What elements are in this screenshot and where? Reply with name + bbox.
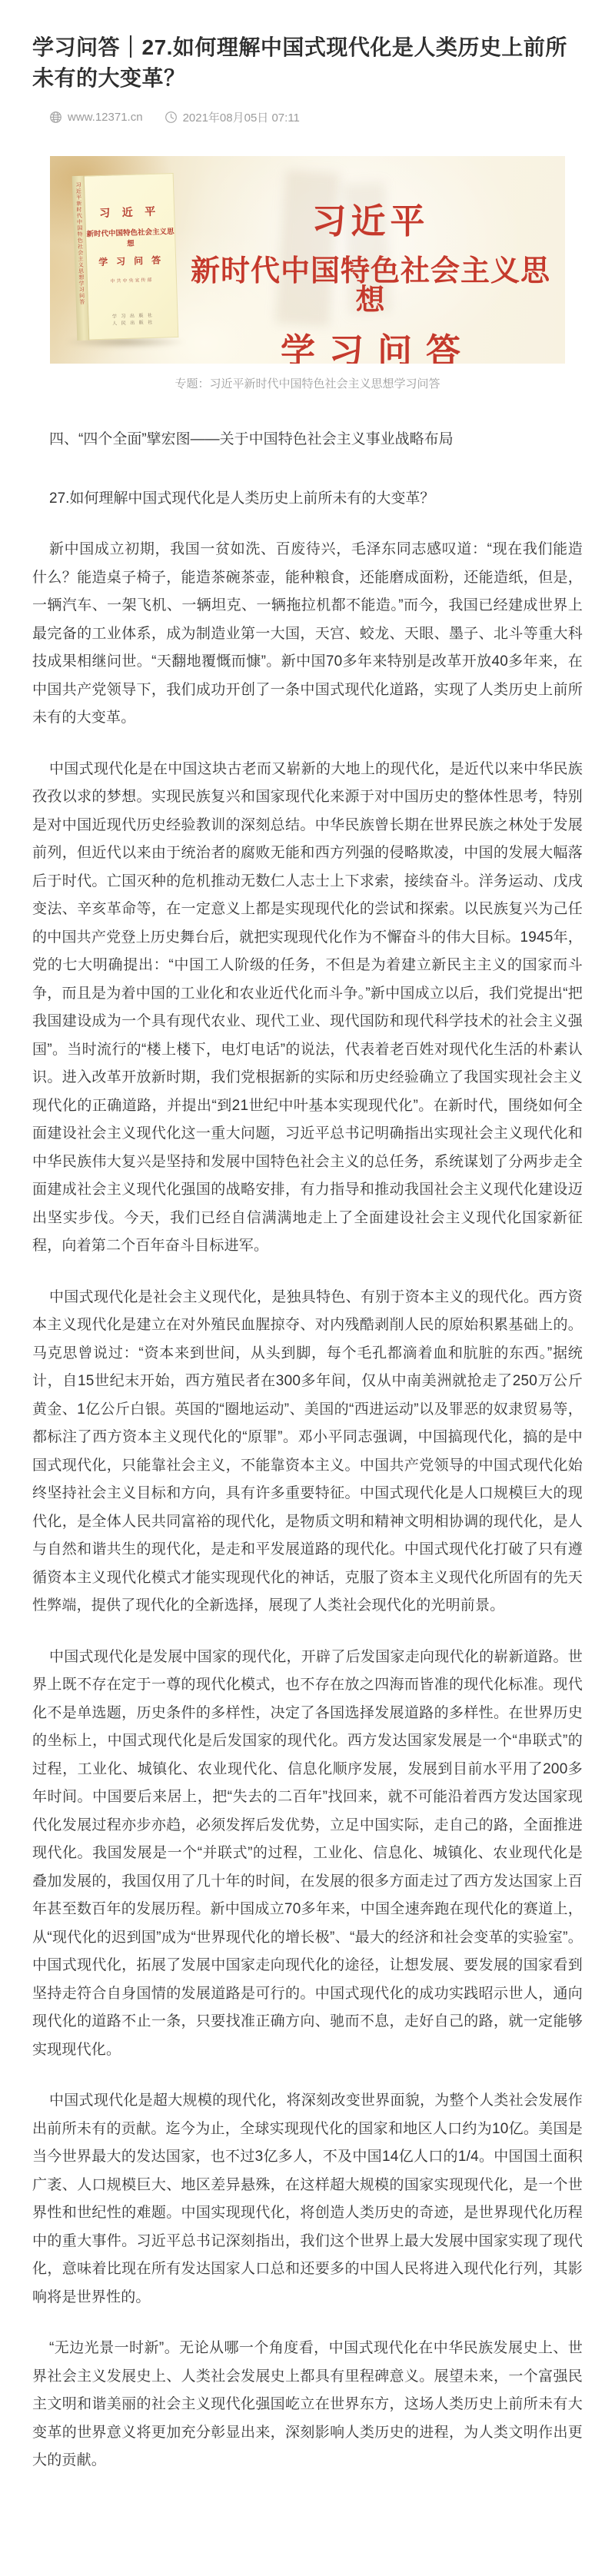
article-body: 新中国成立初期，我国一贫如洗、百废待兴，毛泽东同志感叹道：“现在我们能造什么？能… xyxy=(32,536,583,2475)
paragraph-2: 中国式现代化是在中国这块古老而又崭新的大地上的现代化，是近代以来中华民族孜孜以求… xyxy=(32,756,583,1261)
article-meta: www.12371.cn 2021年08月05日 07:11 xyxy=(32,109,583,125)
publish-time-item: 2021年08月05日 07:11 xyxy=(165,109,300,125)
book-subtitle: 学 习 问 答 xyxy=(87,253,175,269)
publish-time: 2021年08月05日 07:11 xyxy=(183,109,300,125)
article-page: { "title": "学习问答｜27.如何理解中国式现代化是人类历史上前所未有… xyxy=(0,0,615,2576)
page-title: 学习问答｜27.如何理解中国式现代化是人类历史上前所未有的大变革？ xyxy=(32,0,583,94)
question-heading: 27.如何理解中国式现代化是人类历史上前所未有的大变革？ xyxy=(32,484,583,513)
book-series-title: 新时代中国特色社会主义思想 xyxy=(86,225,175,250)
article-content: 学习问答｜27.如何理解中国式现代化是人类历史上前所未有的大变革？ www.12… xyxy=(0,0,615,2475)
banner-headline-line1: 习近平 xyxy=(181,204,560,238)
image-caption: 专题：习近平新时代中国特色社会主义思想学习问答 xyxy=(32,376,583,393)
banner-headline: 习近平 新时代中国特色社会主义思想 学习问答 xyxy=(181,204,560,364)
paragraph-6: “无边光景一时新”。无论从哪一个角度看，中国式现代化在中华民族发展史上、世界社会… xyxy=(32,2335,583,2475)
book-cover: 习近平新时代中国特色社会主义思想学习问答 习 近 平 新时代中国特色社会主义思想… xyxy=(72,173,179,341)
banner-headline-line2: 新时代中国特色社会主义思想 xyxy=(181,257,560,315)
source-item: www.12371.cn xyxy=(49,111,143,124)
source-label: www.12371.cn xyxy=(68,111,143,124)
paragraph-4: 中国式现代化是发展中国家的现代化，开辟了后发国家走向现代化的崭新道路。世界上既不… xyxy=(32,1644,583,2065)
banner-image: 习近平新时代中国特色社会主义思想学习问答 习 近 平 新时代中国特色社会主义思想… xyxy=(50,156,565,364)
banner-headline-line3: 学习问答 xyxy=(181,334,560,364)
globe-icon xyxy=(49,111,62,124)
book-author: 习 近 平 xyxy=(85,203,175,221)
clock-icon xyxy=(165,111,178,124)
book-spine-text: 习近平新时代中国特色社会主义思想学习问答 xyxy=(75,182,85,341)
book-front-cover: 习 近 平 新时代中国特色社会主义思想 学 习 问 答 中共中央宣传部 学 习 … xyxy=(85,173,179,341)
book-editor: 中共中央宣传部 xyxy=(88,275,176,285)
book-publishers: 学 习 出 版 社 人 民 出 版 社 xyxy=(88,312,178,329)
paragraph-3: 中国式现代化是社会主义现代化，是独具特色、有别于资本主义的现代化。西方资本主义现… xyxy=(32,1284,583,1620)
paragraph-1: 新中国成立初期，我国一贫如洗、百废待兴，毛泽东同志感叹道：“现在我们能造什么？能… xyxy=(32,536,583,733)
paragraph-5: 中国式现代化是超大规模的现代化，将深刻改变世界面貌，为整个人类社会发展作出前所未… xyxy=(32,2087,583,2312)
section-heading: 四、“四个全面”擘宏图——关于中国特色社会主义事业战略布局 xyxy=(32,425,583,454)
